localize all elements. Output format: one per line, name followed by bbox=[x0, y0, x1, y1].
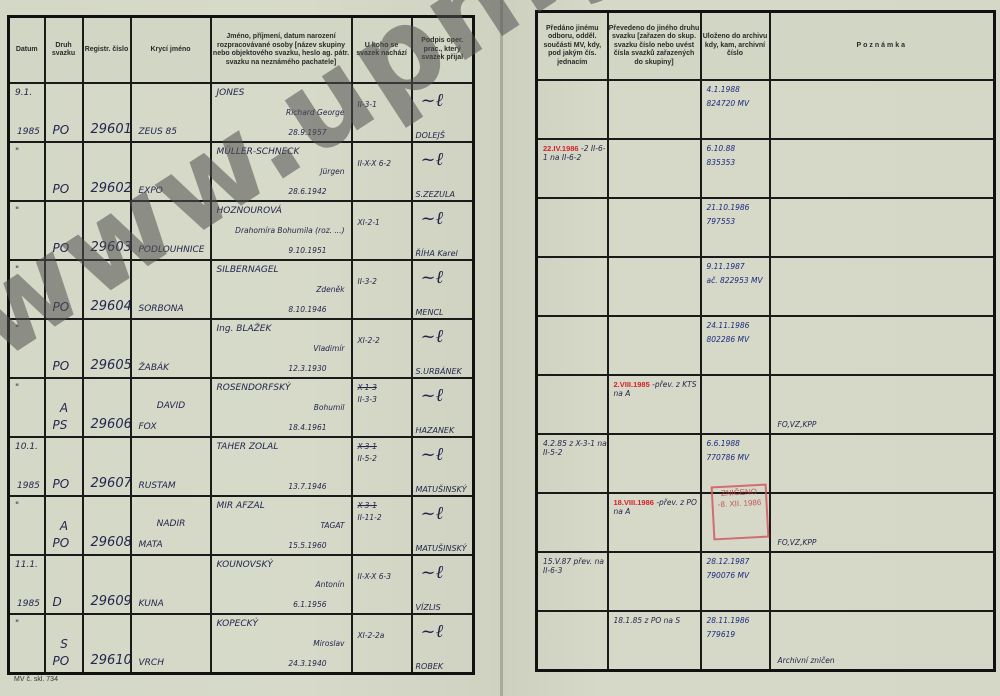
right-header-row: Předáno jinému odboru, odděl. součásti M… bbox=[537, 12, 995, 81]
converted-cell bbox=[608, 434, 701, 493]
header-handover: Předáno jinému odboru, odděl. součásti M… bbox=[537, 12, 608, 81]
note-cell bbox=[770, 552, 995, 611]
handover-cell: 4.2.85 z X-3-1 na II-5-2 bbox=[537, 434, 608, 493]
archive-number: 824720 MV bbox=[707, 99, 750, 108]
holder-cell: X-3-1 II-5-2 bbox=[352, 437, 412, 496]
person-firstname: Vladimír bbox=[313, 344, 344, 353]
ledger-row: 10.1. 1985 PO 29607 RUSTAM TAHER ZOLAL 1… bbox=[9, 437, 474, 496]
person-surname: JONES bbox=[217, 88, 245, 98]
person-firstname: Antonín bbox=[315, 580, 344, 589]
ledger-row: 15.V.87 přev. na II-6-3 28.12.1987 79007… bbox=[537, 552, 995, 611]
signature-cell: ~ℓ MATUŠINSKÝ bbox=[412, 496, 474, 555]
note-cell: FO,VZ,KPP bbox=[770, 493, 995, 552]
archive-date: 9.11.1987 bbox=[707, 262, 745, 271]
archive-date: 6.6.1988 bbox=[707, 439, 740, 448]
person-birthdate: 12.3.1930 bbox=[288, 364, 326, 373]
cover-name-cell: DAVID FOX bbox=[131, 378, 211, 437]
note-text: FO,VZ,KPP bbox=[778, 538, 817, 547]
archive-number: 779619 bbox=[707, 630, 736, 639]
holder-cell: II-X-X 6-3 bbox=[352, 555, 412, 614]
ledger-row: " A PS 29606 DAVID FOX ROSENDORFSKÝ Bohu… bbox=[9, 378, 474, 437]
archive-cell bbox=[701, 375, 770, 434]
handover-cell: 15.V.87 přev. na II-6-3 bbox=[537, 552, 608, 611]
signature-cell: ~ℓ S.ZEZULA bbox=[412, 142, 474, 201]
handover-cell bbox=[537, 198, 608, 257]
archive-number: 797553 bbox=[707, 217, 736, 226]
note-cell: FO,VZ,KPP bbox=[770, 375, 995, 434]
person-cell: Ing. BLAŽEK Vladimír 12.3.1930 bbox=[211, 319, 352, 378]
person-surname: KOPECKÝ bbox=[217, 619, 259, 629]
archive-number: 770786 MV bbox=[707, 453, 750, 462]
form-code: MV č. skl. 734 bbox=[14, 676, 58, 683]
person-cell: ROSENDORFSKÝ Bohumil 18.4.1961 bbox=[211, 378, 352, 437]
archive-date: 28.11.1986 bbox=[707, 616, 750, 625]
date-bottom: 1985 bbox=[17, 127, 40, 137]
reg-number: 29603 bbox=[91, 240, 131, 255]
person-surname: KOUNOVSKÝ bbox=[217, 560, 273, 570]
signature-name: MATUŠINSKÝ bbox=[416, 485, 467, 494]
signature-name: S.ZEZULA bbox=[416, 190, 455, 199]
archive-cell: 24.11.1986 802286 MV bbox=[701, 316, 770, 375]
person-birthdate: 6.1.1956 bbox=[293, 600, 326, 609]
person-firstname: Drahomíra Bohumila (roz. ...) bbox=[235, 226, 344, 235]
holder-struck: X-3-1 bbox=[358, 501, 377, 510]
file-type-cell: PO bbox=[45, 83, 83, 142]
holder-cell: XI-2-1 bbox=[352, 201, 412, 260]
file-type-cell: A PO bbox=[45, 496, 83, 555]
date-cell: " bbox=[9, 378, 45, 437]
signature-name: ŘÍHA Karel bbox=[416, 249, 458, 258]
archive-cell: 9.11.1987 ač. 822953 MV bbox=[701, 257, 770, 316]
header-archived: Uloženo do archivu kdy, kam, archivní čí… bbox=[701, 12, 770, 81]
converted-cell bbox=[608, 257, 701, 316]
holder-location: II-X-X 6-3 bbox=[358, 572, 392, 581]
holder-cell: X-3-1 II-11-2 bbox=[352, 496, 412, 555]
archive-number: 790076 MV bbox=[707, 571, 750, 580]
signature-scrawl: ~ℓ bbox=[421, 149, 444, 170]
holder-cell: XI-2-2a bbox=[352, 614, 412, 674]
ledger-row: " PO 29603 PODLOUHNICE HOZNOUROVÁ Drahom… bbox=[9, 201, 474, 260]
signature-scrawl: ~ℓ bbox=[421, 267, 444, 288]
date-cell: " bbox=[9, 496, 45, 555]
header-cover-name: Krycí jméno bbox=[131, 17, 211, 84]
person-firstname: Miroslav bbox=[313, 639, 344, 648]
signature-name: MENCL bbox=[416, 308, 444, 317]
cover-name: RUSTAM bbox=[139, 481, 176, 491]
reg-number-cell: 29604 bbox=[83, 260, 131, 319]
note-cell: Archivní zničen bbox=[770, 611, 995, 671]
person-cell: SILBERNAGEL Zdeněk 8.10.1946 bbox=[211, 260, 352, 319]
archive-cell: 6.10.88 835353 bbox=[701, 139, 770, 198]
person-surname: SILBERNAGEL bbox=[217, 265, 279, 275]
reg-number: 29609 bbox=[91, 594, 131, 609]
reg-number-cell: 29609 bbox=[83, 555, 131, 614]
header-file-type: Druh svazku bbox=[45, 17, 83, 84]
holder-location: II-11-2 bbox=[358, 513, 382, 522]
signature-cell: ~ℓ DOLEJŠ bbox=[412, 83, 474, 142]
date-cell: " bbox=[9, 614, 45, 674]
reg-number-cell: 29603 bbox=[83, 201, 131, 260]
archive-date: 4.1.1988 bbox=[707, 85, 740, 94]
cover-name-cell: PODLOUHNICE bbox=[131, 201, 211, 260]
cover-name: PODLOUHNICE bbox=[139, 245, 205, 255]
header-holder: U koho se svazek nachází bbox=[352, 17, 412, 84]
holder-cell: X-1-3 II-3-3 bbox=[352, 378, 412, 437]
file-type-cell: PO bbox=[45, 319, 83, 378]
left-header-row: Datum Druh svazku Registr. číslo Krycí j… bbox=[9, 17, 474, 84]
note-cell bbox=[770, 198, 995, 257]
note-cell bbox=[770, 434, 995, 493]
date-top: " bbox=[15, 265, 19, 275]
date-bottom: 1985 bbox=[17, 481, 40, 491]
header-date: Datum bbox=[9, 17, 45, 84]
reg-number-cell: 29605 bbox=[83, 319, 131, 378]
date-top: " bbox=[15, 324, 19, 334]
holder-location: XI-2-2a bbox=[358, 631, 385, 640]
note-cell bbox=[770, 257, 995, 316]
holder-cell: II-X-X 6-2 bbox=[352, 142, 412, 201]
right-ledger-table: Předáno jinému odboru, odděl. součásti M… bbox=[535, 10, 996, 672]
person-surname: MÜLLER-SCHNECK bbox=[217, 147, 300, 157]
ledger-row: 21.10.1986 797553 bbox=[537, 198, 995, 257]
signature-scrawl: ~ℓ bbox=[421, 621, 444, 642]
reg-number-cell: 29610 bbox=[83, 614, 131, 674]
archive-date: 28.12.1987 bbox=[707, 557, 750, 566]
cover-name-cell: KUNA bbox=[131, 555, 211, 614]
date-top: " bbox=[15, 147, 19, 157]
cover-name-cell: SORBONA bbox=[131, 260, 211, 319]
person-surname: Ing. BLAŽEK bbox=[217, 324, 272, 334]
person-cell: TAHER ZOLAL 13.7.1946 bbox=[211, 437, 352, 496]
person-firstname: Richard George bbox=[286, 108, 344, 117]
left-ledger-table: Datum Druh svazku Registr. číslo Krycí j… bbox=[7, 15, 475, 675]
date-top: " bbox=[15, 383, 19, 393]
date-top: " bbox=[15, 206, 19, 216]
file-type: PO bbox=[53, 477, 70, 491]
cover-name: VRCH bbox=[139, 658, 164, 668]
handover-cell bbox=[537, 375, 608, 434]
converted-stamp: 2.VIII.1985 bbox=[614, 380, 650, 389]
person-firstname: Jürgen bbox=[320, 167, 344, 176]
destroyed-stamp: ZNIČENO -8. XII. 1986 bbox=[711, 484, 770, 541]
converted-cell: 18.VIII.1986 -přev. z PO na A bbox=[608, 493, 701, 552]
note-text: FO,VZ,KPP bbox=[778, 420, 817, 429]
date-cell: " bbox=[9, 201, 45, 260]
date-top: " bbox=[15, 619, 19, 629]
converted-cell: 2.VIII.1985 -přev. z KTS na A bbox=[608, 375, 701, 434]
page-gutter bbox=[500, 0, 503, 696]
reg-number: 29610 bbox=[91, 653, 131, 668]
date-cell: " bbox=[9, 260, 45, 319]
person-cell: JONES Richard George 28.9.1957 bbox=[211, 83, 352, 142]
person-birthdate: 24.3.1940 bbox=[288, 659, 326, 668]
person-firstname: TAGAT bbox=[320, 521, 344, 530]
person-birthdate: 8.10.1946 bbox=[288, 305, 326, 314]
cover-name: KUNA bbox=[139, 599, 164, 609]
person-birthdate: 9.10.1951 bbox=[288, 246, 326, 255]
archive-cell: 28.12.1987 790076 MV bbox=[701, 552, 770, 611]
ledger-row: 2.VIII.1985 -přev. z KTS na A FO,VZ,KPP bbox=[537, 375, 995, 434]
handover-cell bbox=[537, 257, 608, 316]
holder-cell: XI-2-2 bbox=[352, 319, 412, 378]
file-type-correction: A bbox=[49, 519, 80, 533]
ledger-row: 4.1.1988 824720 MV bbox=[537, 80, 995, 139]
archive-date: 21.10.1986 bbox=[707, 203, 750, 212]
file-type-cell: PO bbox=[45, 201, 83, 260]
ledger-row: " PO 29604 SORBONA SILBERNAGEL Zdeněk 8.… bbox=[9, 260, 474, 319]
signature-cell: ~ℓ HAZANEK bbox=[412, 378, 474, 437]
signature-name: MATUŠINSKÝ bbox=[416, 544, 467, 553]
cover-name-cell: RUSTAM bbox=[131, 437, 211, 496]
handover-note: 15.V.87 přev. na II-6-3 bbox=[543, 557, 604, 575]
ledger-row: 24.11.1986 802286 MV bbox=[537, 316, 995, 375]
signature-scrawl: ~ℓ bbox=[421, 90, 444, 111]
reg-number: 29601 bbox=[91, 122, 131, 137]
handover-cell bbox=[537, 80, 608, 139]
archive-date: 24.11.1986 bbox=[707, 321, 750, 330]
signature-cell: ~ℓ MENCL bbox=[412, 260, 474, 319]
ledger-row: " S PO 29610 VRCH KOPECKÝ Miroslav 24.3.… bbox=[9, 614, 474, 674]
holder-location: II-X-X 6-2 bbox=[358, 159, 392, 168]
ledger-row: " PO 29602 EXPO MÜLLER-SCHNECK Jürgen 28… bbox=[9, 142, 474, 201]
signature-cell: ~ℓ VÍZLIS bbox=[412, 555, 474, 614]
date-cell: " bbox=[9, 142, 45, 201]
file-type-cell: S PO bbox=[45, 614, 83, 674]
holder-location: XI-2-1 bbox=[358, 218, 380, 227]
archive-date: 6.10.88 bbox=[707, 144, 736, 153]
note-text: Archivní zničen bbox=[778, 656, 835, 665]
signature-name: HAZANEK bbox=[416, 426, 455, 435]
ledger-row: 18.1.85 z PO na S 28.11.1986 779619 Arch… bbox=[537, 611, 995, 671]
file-type-cell: A PS bbox=[45, 378, 83, 437]
holder-cell: II-3-2 bbox=[352, 260, 412, 319]
reg-number: 29604 bbox=[91, 299, 131, 314]
header-person: Jméno, příjmení, datum narození rozpraco… bbox=[211, 17, 352, 84]
date-cell: " bbox=[9, 319, 45, 378]
signature-name: S.URBÁNEK bbox=[416, 367, 462, 376]
archive-cell: 21.10.1986 797553 bbox=[701, 198, 770, 257]
ledger-row: 11.1. 1985 D 29609 KUNA KOUNOVSKÝ Antoní… bbox=[9, 555, 474, 614]
signature-scrawl: ~ℓ bbox=[421, 562, 444, 583]
person-cell: KOPECKÝ Miroslav 24.3.1940 bbox=[211, 614, 352, 674]
cover-name-correction: NADIR bbox=[135, 519, 208, 529]
archive-cell: 4.1.1988 824720 MV bbox=[701, 80, 770, 139]
holder-struck: X-1-3 bbox=[358, 383, 377, 392]
signature-cell: ~ℓ MATUŠINSKÝ bbox=[412, 437, 474, 496]
handover-cell bbox=[537, 493, 608, 552]
stamp-date: -8. XII. 1986 bbox=[713, 497, 766, 511]
date-cell: 10.1. 1985 bbox=[9, 437, 45, 496]
date-cell: 11.1. 1985 bbox=[9, 555, 45, 614]
reg-number-cell: 29608 bbox=[83, 496, 131, 555]
archive-number: 802286 MV bbox=[707, 335, 750, 344]
file-type: PO bbox=[53, 536, 70, 550]
ledger-row: 9.1. 1985 PO 29601 ZEUS 85 JONES Richard… bbox=[9, 83, 474, 142]
person-birthdate: 18.4.1961 bbox=[288, 423, 326, 432]
cover-name-cell: NADIR MATA bbox=[131, 496, 211, 555]
signature-scrawl: ~ℓ bbox=[421, 326, 444, 347]
signature-name: ROBEK bbox=[416, 662, 444, 671]
converted-cell: 18.1.85 z PO na S bbox=[608, 611, 701, 671]
holder-location: II-3-1 bbox=[358, 100, 377, 109]
cover-name: SORBONA bbox=[139, 304, 184, 314]
signature-scrawl: ~ℓ bbox=[421, 385, 444, 406]
file-type: PO bbox=[53, 359, 70, 373]
file-type: PO bbox=[53, 654, 70, 668]
person-birthdate: 13.7.1946 bbox=[288, 482, 326, 491]
converted-cell bbox=[608, 80, 701, 139]
converted-cell bbox=[608, 552, 701, 611]
header-reg-number: Registr. číslo bbox=[83, 17, 131, 84]
converted-stamp: 18.VIII.1986 bbox=[614, 498, 654, 507]
file-type: PO bbox=[53, 123, 70, 137]
ledger-row: " PO 29605 ŽABÁK Ing. BLAŽEK Vladimír 12… bbox=[9, 319, 474, 378]
file-type-cell: D bbox=[45, 555, 83, 614]
note-cell bbox=[770, 80, 995, 139]
header-converted: Převedeno do jiného druhu svazku [zařaze… bbox=[608, 12, 701, 81]
cover-name: EXPO bbox=[139, 186, 163, 196]
handover-cell bbox=[537, 316, 608, 375]
cover-name-cell: ŽABÁK bbox=[131, 319, 211, 378]
cover-name-cell: ZEUS 85 bbox=[131, 83, 211, 142]
reg-number: 29608 bbox=[91, 535, 131, 550]
person-surname: ROSENDORFSKÝ bbox=[217, 383, 291, 393]
person-cell: HOZNOUROVÁ Drahomíra Bohumila (roz. ...)… bbox=[211, 201, 352, 260]
archive-cell: 28.11.1986 779619 bbox=[701, 611, 770, 671]
handover-cell bbox=[537, 611, 608, 671]
signature-scrawl: ~ℓ bbox=[421, 208, 444, 229]
note-cell bbox=[770, 316, 995, 375]
signature-cell: ~ℓ ROBEK bbox=[412, 614, 474, 674]
person-surname: MIR AFZAL bbox=[217, 501, 265, 511]
handover-stamp: 22.IV.1986 bbox=[543, 144, 579, 153]
cover-name: MATA bbox=[139, 540, 163, 550]
signature-name: VÍZLIS bbox=[416, 603, 441, 612]
ledger-row: " A PO 29608 NADIR MATA MIR AFZAL TAGAT … bbox=[9, 496, 474, 555]
reg-number-cell: 29601 bbox=[83, 83, 131, 142]
date-top: " bbox=[15, 501, 19, 511]
file-type-cell: PO bbox=[45, 260, 83, 319]
cover-name-cell: VRCH bbox=[131, 614, 211, 674]
file-type: PS bbox=[53, 418, 68, 432]
reg-number-cell: 29606 bbox=[83, 378, 131, 437]
date-cell: 9.1. 1985 bbox=[9, 83, 45, 142]
person-surname: HOZNOUROVÁ bbox=[217, 206, 282, 216]
holder-cell: II-3-1 bbox=[352, 83, 412, 142]
person-cell: MÜLLER-SCHNECK Jürgen 28.6.1942 bbox=[211, 142, 352, 201]
handover-note: 4.2.85 z X-3-1 na II-5-2 bbox=[543, 439, 607, 457]
file-type-cell: PO bbox=[45, 142, 83, 201]
date-top: 10.1. bbox=[15, 442, 38, 452]
cover-name-cell: EXPO bbox=[131, 142, 211, 201]
signature-cell: ~ℓ S.URBÁNEK bbox=[412, 319, 474, 378]
archive-number: 835353 bbox=[707, 158, 736, 167]
holder-struck: X-3-1 bbox=[358, 442, 377, 451]
cover-name: ŽABÁK bbox=[139, 363, 170, 373]
date-bottom: 1985 bbox=[17, 599, 40, 609]
person-birthdate: 28.6.1942 bbox=[288, 187, 326, 196]
person-cell: KOUNOVSKÝ Antonín 6.1.1956 bbox=[211, 555, 352, 614]
person-cell: MIR AFZAL TAGAT 15.5.1960 bbox=[211, 496, 352, 555]
date-top: 11.1. bbox=[15, 560, 38, 570]
converted-note: 18.1.85 z PO na S bbox=[614, 616, 681, 625]
file-type-correction: S bbox=[49, 637, 80, 651]
reg-number: 29606 bbox=[91, 417, 131, 432]
cover-name: ZEUS 85 bbox=[139, 127, 177, 137]
file-type-cell: PO bbox=[45, 437, 83, 496]
file-type: PO bbox=[53, 300, 70, 314]
header-signature: Podpis oper. prac., který svazek přijal bbox=[412, 17, 474, 84]
holder-location: II-5-2 bbox=[358, 454, 377, 463]
ledger-row: 22.IV.1986 -2 II-6-1 na II-6-2 6.10.88 8… bbox=[537, 139, 995, 198]
holder-location: II-3-3 bbox=[358, 395, 377, 404]
reg-number-cell: 29607 bbox=[83, 437, 131, 496]
person-birthdate: 15.5.1960 bbox=[288, 541, 326, 550]
header-note: Poznámka bbox=[770, 12, 995, 81]
person-surname: TAHER ZOLAL bbox=[217, 442, 279, 452]
reg-number: 29607 bbox=[91, 476, 131, 491]
holder-location: XI-2-2 bbox=[358, 336, 380, 345]
person-firstname: Bohumil bbox=[314, 403, 345, 412]
handover-cell: 22.IV.1986 -2 II-6-1 na II-6-2 bbox=[537, 139, 608, 198]
reg-number: 29602 bbox=[91, 181, 131, 196]
file-type: PO bbox=[53, 241, 70, 255]
holder-location: II-3-2 bbox=[358, 277, 377, 286]
converted-cell bbox=[608, 316, 701, 375]
ledger-row: 9.11.1987 ač. 822953 MV bbox=[537, 257, 995, 316]
file-type: D bbox=[53, 595, 62, 609]
person-firstname: Zdeněk bbox=[316, 285, 344, 294]
cover-name-correction: DAVID bbox=[135, 401, 208, 411]
converted-cell bbox=[608, 198, 701, 257]
signature-scrawl: ~ℓ bbox=[421, 503, 444, 524]
reg-number-cell: 29602 bbox=[83, 142, 131, 201]
archive-number: ač. 822953 MV bbox=[707, 276, 763, 285]
person-birthdate: 28.9.1957 bbox=[288, 128, 326, 137]
file-type-correction: A bbox=[49, 401, 80, 415]
signature-scrawl: ~ℓ bbox=[421, 444, 444, 465]
converted-cell bbox=[608, 139, 701, 198]
signature-name: DOLEJŠ bbox=[416, 131, 445, 140]
note-cell bbox=[770, 139, 995, 198]
cover-name: FOX bbox=[139, 422, 157, 432]
signature-cell: ~ℓ ŘÍHA Karel bbox=[412, 201, 474, 260]
reg-number: 29605 bbox=[91, 358, 131, 373]
file-type: PO bbox=[53, 182, 70, 196]
date-top: 9.1. bbox=[15, 88, 32, 98]
